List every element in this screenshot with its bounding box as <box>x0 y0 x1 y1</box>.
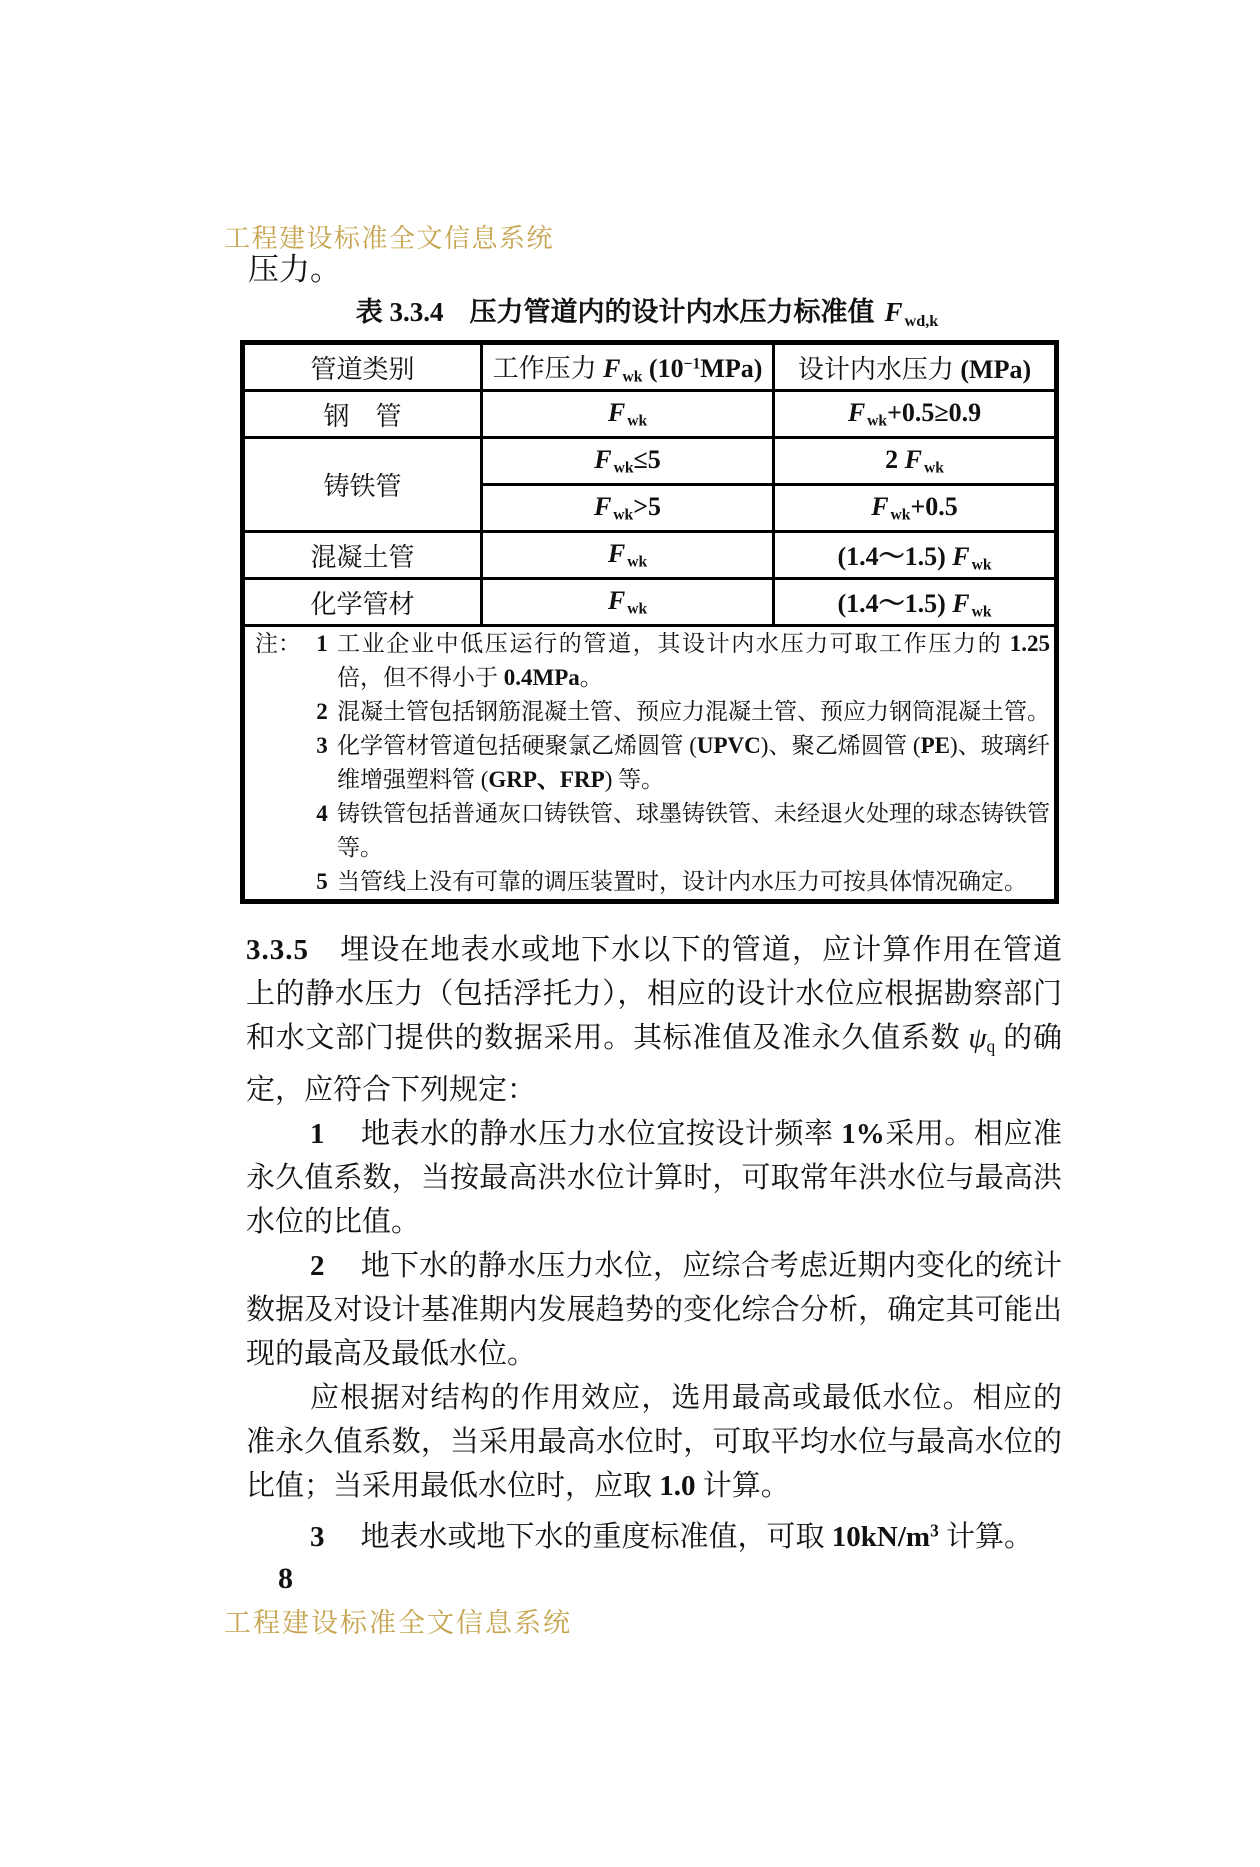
paragraph-text: 应根据对结构的作用效应，选用最高或最低水位。相应的准永久值系数，当采用最高水位时… <box>246 1382 1062 1502</box>
note-text: 工业企业中低压运行的管道，其设计内水压力可取工作压力的 1.25 倍，但不得小于… <box>337 627 1050 695</box>
table-row-chemical: 化学管材 Fwk (1.4～1.5) Fwk <box>243 579 1057 626</box>
table-notes-row: 注： 1 工业企业中低压运行的管道，其设计内水压力可取工作压力的 1.25 倍，… <box>243 626 1057 902</box>
item-text: 地表水或地下水的重度标准值，可取 10kN/m3 计算。 <box>361 1521 1034 1553</box>
note-text: 当管线上没有可靠的调压装置时，设计内水压力可按具体情况确定。 <box>337 865 1050 899</box>
note-text: 混凝土管包括钢筋混凝土管、预应力混凝土管、预应力钢筒混凝土管。 <box>337 695 1050 729</box>
note-item-5: 5 当管线上没有可靠的调压装置时，设计内水压力可按具体情况确定。 <box>249 865 1050 899</box>
item-number: 3 <box>310 1521 325 1553</box>
cell-cast-iron-design-2: Fwk+0.5 <box>774 485 1057 532</box>
clause-item-1: 1地表水的静水压力水位宜按设计频率 1%采用。相应准永久值系数，当按最高洪水位计… <box>246 1112 1062 1244</box>
header-cell-pipe-type: 管道类别 <box>243 343 482 391</box>
cell-concrete-design: (1.4～1.5) Fwk <box>774 532 1057 579</box>
table-notes-cell: 注： 1 工业企业中低压运行的管道，其设计内水压力可取工作压力的 1.25 倍，… <box>243 626 1057 902</box>
cell-steel-category: 钢 管 <box>243 391 482 438</box>
item-number: 1 <box>310 1118 325 1150</box>
table-header-row: 管道类别 工作压力 Fwk (10−1MPa) 设计内水压力 (MPa) <box>243 343 1057 391</box>
notes-label: 注： <box>249 627 307 661</box>
clause-3-3-5: 3.3.5埋设在地表水或地下水以下的管道，应计算作用在管道上的静水压力（包括浮托… <box>246 928 1062 1112</box>
item-number: 2 <box>310 1250 325 1282</box>
document-page: 工程建设标准全文信息系统 压力。 表 3.3.4压力管道内的设计内水压力标准值F… <box>0 0 1260 1867</box>
note-text: 化学管材管道包括硬聚氯乙烯圆管 (UPVC)、聚乙烯圆管 (PE)、玻璃纤维增强… <box>337 729 1050 797</box>
note-number: 5 <box>307 865 337 899</box>
cell-chemical-work: Fwk <box>482 579 774 626</box>
clause-item-3: 3地表水或地下水的重度标准值，可取 10kN/m3 计算。 <box>246 1508 1062 1559</box>
clause-item-2: 2地下水的静水压力水位，应综合考虑近期内变化的统计数据及对设计基准期内发展趋势的… <box>246 1244 1062 1376</box>
clause-paragraph: 应根据对结构的作用效应，选用最高或最低水位。相应的准永久值系数，当采用最高水位时… <box>246 1376 1062 1508</box>
cell-steel-work: Fwk <box>482 391 774 438</box>
note-item-3: 3 化学管材管道包括硬聚氯乙烯圆管 (UPVC)、聚乙烯圆管 (PE)、玻璃纤维… <box>249 729 1050 797</box>
note-text: 铸铁管包括普通灰口铸铁管、球墨铸铁管、未经退火处理的球态铸铁管等。 <box>337 797 1050 865</box>
note-number: 3 <box>307 729 337 763</box>
table-row-concrete: 混凝土管 Fwk (1.4～1.5) Fwk <box>243 532 1057 579</box>
cell-cast-iron-work-1: Fwk≤5 <box>482 438 774 485</box>
page-number: 8 <box>278 1562 293 1596</box>
cell-concrete-work: Fwk <box>482 532 774 579</box>
table-row-steel: 钢 管 Fwk Fwk+0.5≥0.9 <box>243 391 1057 438</box>
item-text: 地表水的静水压力水位宜按设计频率 1%采用。相应准永久值系数，当按最高洪水位计算… <box>246 1118 1062 1238</box>
cell-chemical-design: (1.4～1.5) Fwk <box>774 579 1057 626</box>
body-text-block: 3.3.5埋设在地表水或地下水以下的管道，应计算作用在管道上的静水压力（包括浮托… <box>246 928 1062 1559</box>
table-caption-symbol: Fwd,k <box>884 297 938 327</box>
table-caption-title: 压力管道内的设计内水压力标准值 <box>469 297 874 327</box>
carryover-text: 压力。 <box>248 244 341 289</box>
note-item-1: 注： 1 工业企业中低压运行的管道，其设计内水压力可取工作压力的 1.25 倍，… <box>249 627 1050 695</box>
clause-text: 埋设在地表水或地下水以下的管道，应计算作用在管道上的静水压力（包括浮托力），相应… <box>246 934 1062 1106</box>
watermark-bottom: 工程建设标准全文信息系统 <box>224 1601 572 1640</box>
cell-cast-iron-category: 铸铁管 <box>243 438 482 532</box>
table-caption-label: 表 3.3.4 <box>356 297 444 327</box>
cell-cast-iron-work-2: Fwk>5 <box>482 485 774 532</box>
cell-chemical-category: 化学管材 <box>243 579 482 626</box>
note-item-4: 4 铸铁管包括普通灰口铸铁管、球墨铸铁管、未经退火处理的球态铸铁管等。 <box>249 797 1050 865</box>
header-cell-working-pressure: 工作压力 Fwk (10−1MPa) <box>482 343 774 391</box>
header-cell-design-pressure: 设计内水压力 (MPa) <box>774 343 1057 391</box>
cell-cast-iron-design-1: 2 Fwk <box>774 438 1057 485</box>
cell-steel-design: Fwk+0.5≥0.9 <box>774 391 1057 438</box>
note-item-2: 2 混凝土管包括钢筋混凝土管、预应力混凝土管、预应力钢筒混凝土管。 <box>249 695 1050 729</box>
table-row-cast-iron-1: 铸铁管 Fwk≤5 2 Fwk <box>243 438 1057 485</box>
note-number: 1 <box>307 627 337 661</box>
cell-concrete-category: 混凝土管 <box>243 532 482 579</box>
pressure-table: 管道类别 工作压力 Fwk (10−1MPa) 设计内水压力 (MPa) 钢 管… <box>240 340 1059 904</box>
clause-number: 3.3.5 <box>246 934 309 966</box>
table-caption: 表 3.3.4压力管道内的设计内水压力标准值Fwd,k <box>240 290 1054 331</box>
note-number: 2 <box>307 695 337 729</box>
item-text: 地下水的静水压力水位，应综合考虑近期内变化的统计数据及对设计基准期内发展趋势的变… <box>246 1250 1062 1370</box>
note-number: 4 <box>307 797 337 831</box>
